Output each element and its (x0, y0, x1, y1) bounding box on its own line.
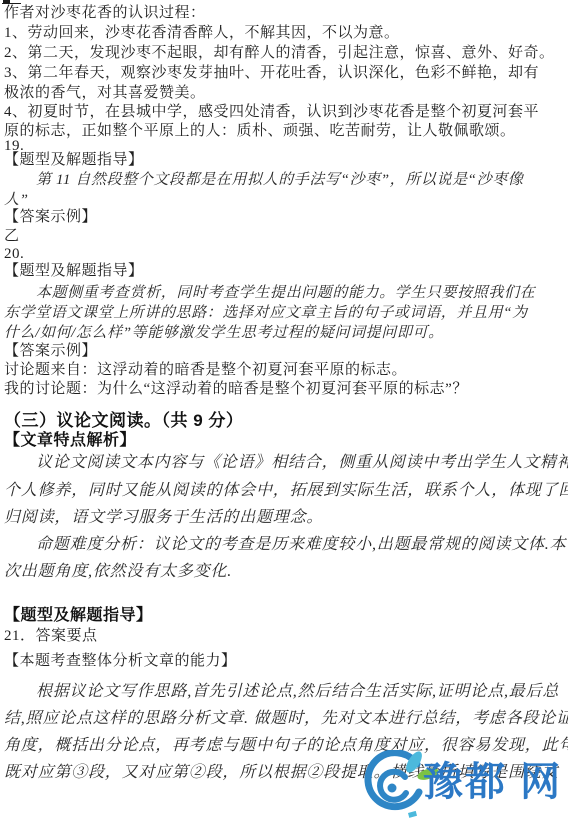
text-line: 议论文阅读文本内容与《论语》相结合，侧重从阅读中考出学生人文精神， (36, 454, 568, 472)
text-line: 我的讨论题：为什么“这浮动着的暗香是整个初夏河套平原的标志”？ (4, 381, 468, 398)
document-page: 作者对沙枣花香的认识过程：1、劳动回来，沙枣花香清香醉人，不解其因，不以为意。2… (0, 0, 568, 820)
text-line: 根据议论文写作思路,首先引述论点,然后结合生活实际,证明论点,最后总 (36, 683, 559, 701)
text-line: 【答案示例】 (4, 343, 97, 360)
text-line: 讨论题来自：这浮动着的暗香是整个初夏河套平原的标志。 (4, 362, 407, 379)
text-line: 本题侧重考查赏析，同时考查学生提出问题的能力。学生只要按照我们在 (36, 285, 535, 302)
text-line: 1、劳动回来，沙枣花香清香醉人，不解其因，不以为意。 (4, 25, 400, 42)
text-line: 什么/如何/怎么样”等能够激发学生思考过程的疑问词提问即可。 (4, 325, 444, 342)
text-line: 【答案示例】 (4, 209, 97, 226)
text-line: 2、第二天，发现沙枣不起眼，却有醉人的清香，引起注意，惊喜、意外、好奇。 (4, 45, 555, 62)
text-line: 东学堂语文课堂上所讲的思路：选择对应文章主旨的句子或词语，并且用“为 (4, 305, 528, 322)
text-line: 【题型及解题指导】 (4, 152, 144, 169)
logo-cyan-tick (408, 811, 417, 818)
text-line: 【题型及解题指导】 (4, 263, 144, 280)
watermark-text: 豫都 网 (423, 762, 562, 802)
text-line: 个人修养，同时又能从阅读的体会中，拓展到实际生活，联系个人，体现了回 (4, 482, 568, 500)
text-line: 第 11 自然段整个文段都是在用拟人的手法写“沙枣”，所以说是“沙枣像 (36, 172, 523, 189)
text-line: 【题型及解题指导】 (4, 607, 153, 625)
text-line: 作者对沙枣花香的认识过程： (4, 5, 206, 22)
text-line: 【文章特点解析】 (4, 432, 136, 450)
text-line: 4、初夏时节，在县城中学，感受四处清香，认识到沙枣花香是整个初夏河套平 (4, 104, 539, 121)
text-line: 20. (4, 246, 24, 263)
text-line: 原的标志，正如整个平原上的人：质朴、顽强、吃苦耐劳，让人敬佩歌颂。 (4, 123, 516, 140)
text-line: 乙 (4, 228, 20, 245)
text-line: 结,照应论点这样的思路分析文章. 做题时，先对文本进行总结，考虑各段论证 (4, 710, 568, 728)
text-line: 极浓的香气，对其喜爱赞美。 (4, 85, 206, 102)
artifact-underline (2, 3, 21, 4)
text-line: 【本题考查整体分析文章的能力】 (4, 653, 237, 670)
text-line: 归阅读，语文学习服务于生活的出题理念。 (4, 509, 323, 527)
text-line: 命题难度分析：议论文的考查是历来难度较小,出题最常规的阅读文体.本 (36, 536, 566, 554)
text-line: 人” (4, 192, 29, 209)
text-line: 21．答案要点 (4, 628, 98, 645)
text-line: （三）议论文阅读。（共 9 分） (4, 411, 243, 431)
text-line: 次出题角度,依然没有太多变化. (4, 563, 232, 581)
watermark: 豫都 网 (352, 746, 568, 820)
text-line: 3、第二年春天，观察沙枣发芽抽叶、开花吐香，认识深化，色彩不鲜艳，却有 (4, 65, 539, 82)
